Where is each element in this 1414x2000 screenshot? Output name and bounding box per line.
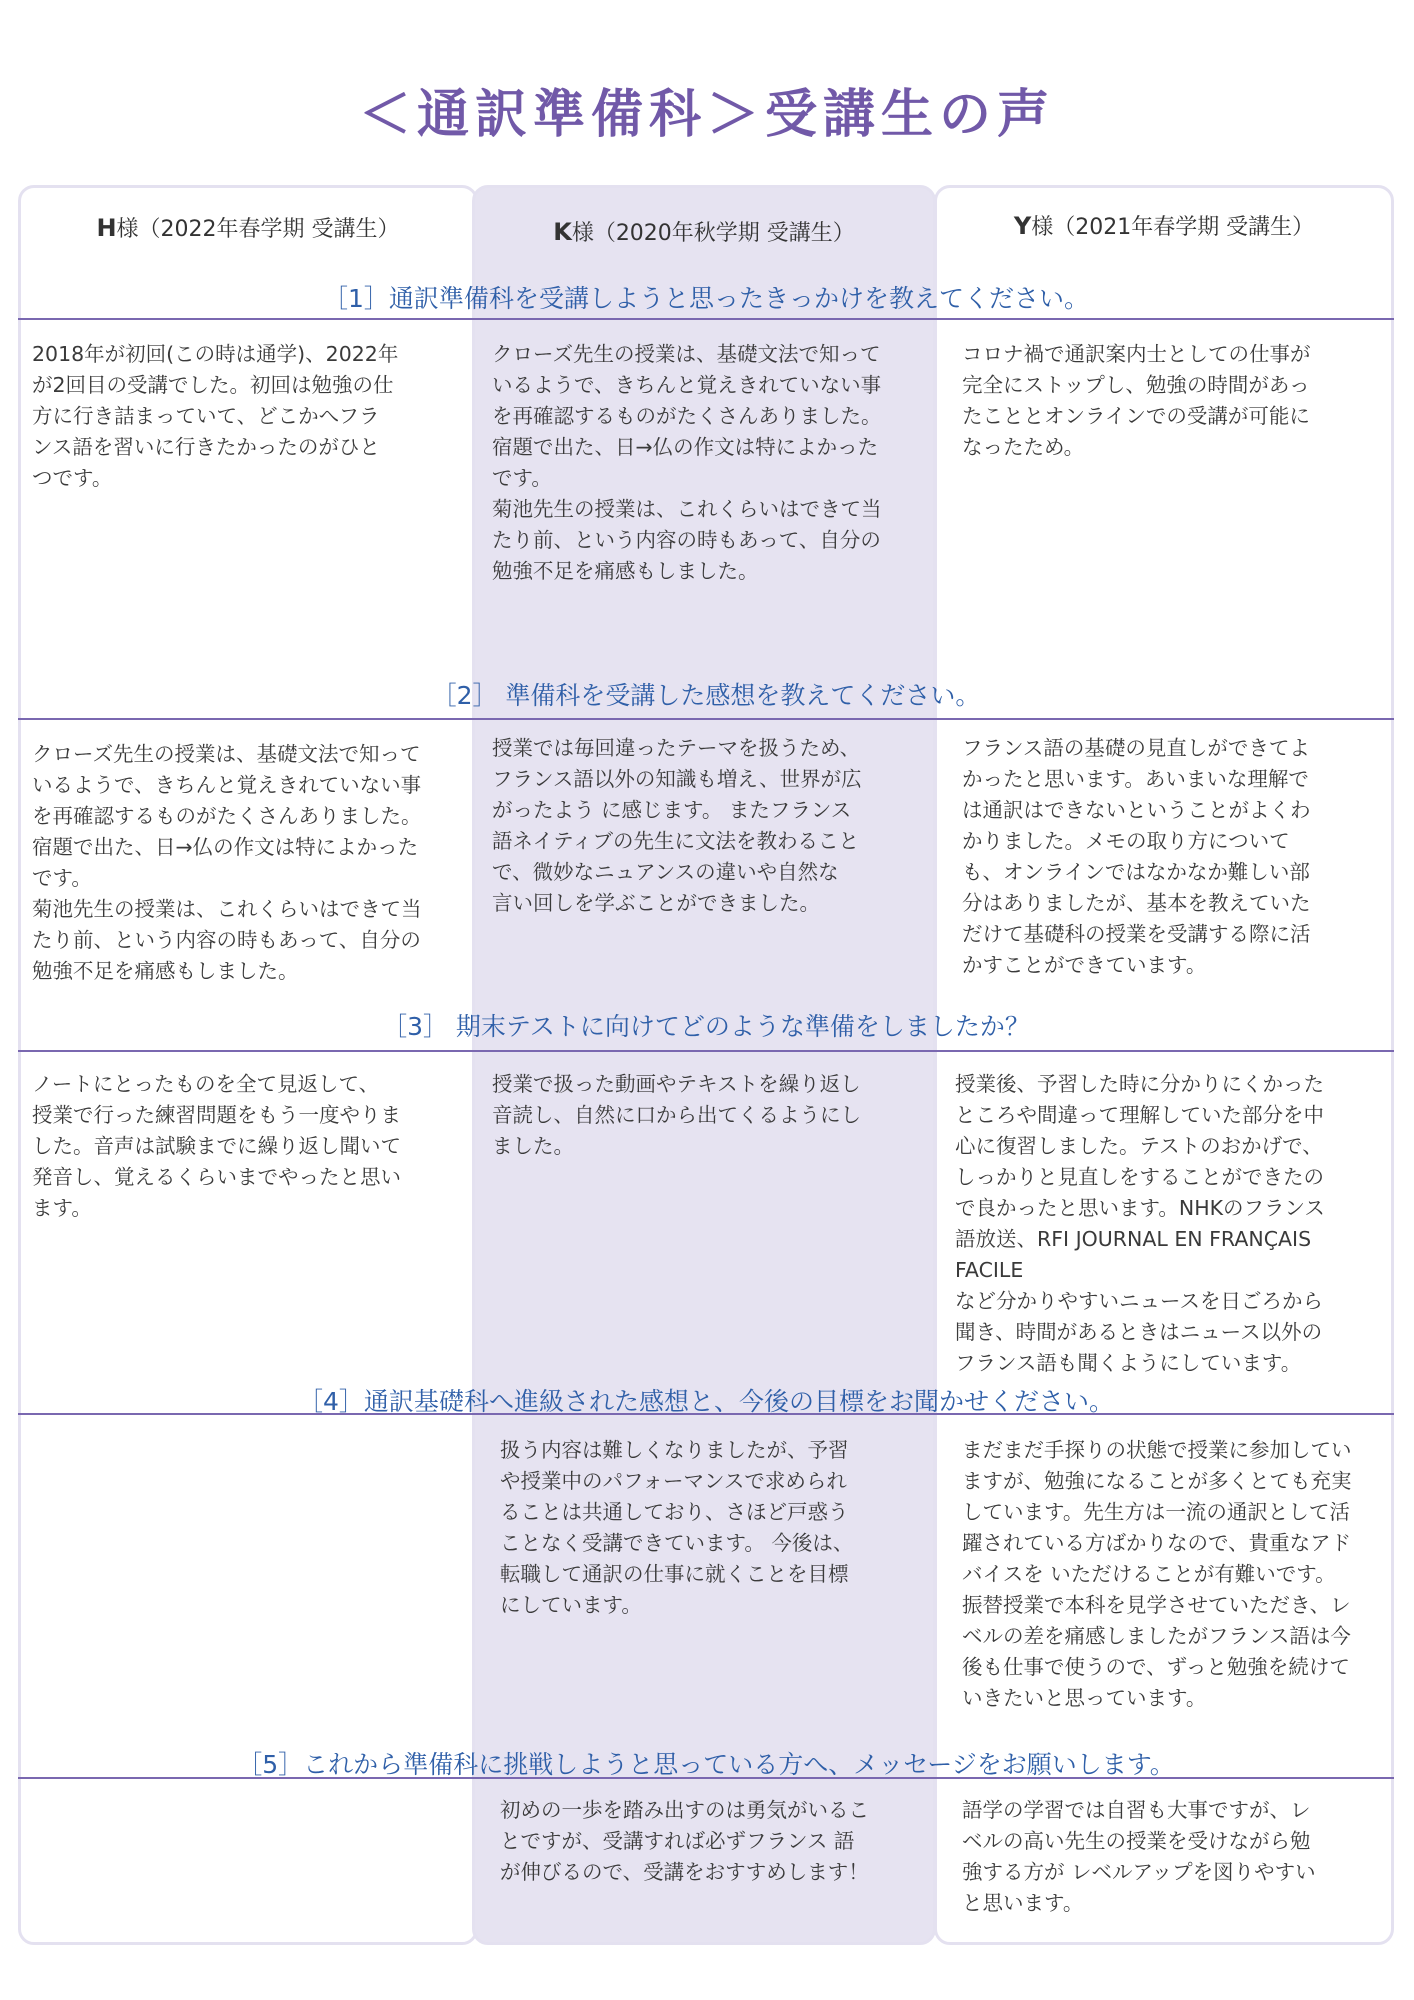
answer-y-q5: 語学の学習では自習も大事ですが、レ ベルの高い先生の授業を受けながら勉 強する方… — [962, 1795, 1387, 1919]
answer-y-q2: フランス語の基礎の見直しができてよ かったと思います。あいまいな理解で は通訳は… — [962, 733, 1382, 981]
answer-h-q1: 2018年が初回(この時は通学)、2022年 が2回目の受講でした。初回は勉強の… — [32, 339, 472, 494]
student-header-y: Y様（2021年春学期 受講生） — [934, 210, 1394, 241]
answer-k-q1: クローズ先生の授業は、基礎文法で知って いるようで、きちんと覚えきれていない事 … — [492, 339, 932, 587]
divider — [18, 1413, 1394, 1415]
question-1: ［1］通訳準備科を受講しようと思ったきっかけを教えてください。 — [18, 279, 1394, 315]
answer-k-q3: 授業で扱った動画やテキストを繰り返し 音読し、自然に口から出てくるようにし まし… — [492, 1069, 932, 1162]
student-initial: K — [553, 218, 572, 246]
student-header-h: H様（2022年春学期 受講生） — [18, 212, 478, 243]
question-2: ［2］ 準備科を受講した感想を教えてください。 — [18, 676, 1394, 712]
answer-k-q5: 初めの一歩を踏み出すのは勇気がいるこ とですが、受講すれば必ずフランス 語 が伸… — [500, 1795, 930, 1888]
student-initial: H — [96, 214, 116, 242]
page-title: ＜通訳準備科＞受講生の声 — [0, 72, 1414, 147]
answer-h-q3: ノートにとったものを全て見返して、 授業で行った練習問題をもう一度やりま した。… — [32, 1069, 472, 1224]
answer-k-q2: 授業では毎回違ったテーマを扱うため、 フランス語以外の知識も増え、世界が広 がっ… — [492, 733, 932, 919]
answer-k-q4: 扱う内容は難しくなりましたが、予習 や授業中のパフォーマンスで求められ ることは… — [500, 1435, 930, 1621]
answer-h-q2: クローズ先生の授業は、基礎文法で知って いるようで、きちんと覚えきれていない事 … — [32, 739, 472, 987]
student-header-k: K様（2020年秋学期 受講生） — [472, 216, 936, 247]
question-5: ［5］これから準備科に挑戦しようと思っている方へ、メッセージをお願いします。 — [18, 1745, 1394, 1781]
student-label: 様（2022年春学期 受講生） — [117, 217, 400, 242]
divider — [18, 718, 1394, 720]
divider — [18, 318, 1394, 320]
student-label: 様（2020年秋学期 受講生） — [572, 221, 855, 246]
student-initial: Y — [1014, 212, 1031, 240]
answer-y-q1: コロナ禍で通訳案内士としての仕事が 完全にストップし、勉強の時間があっ たことと… — [962, 339, 1382, 463]
answer-y-q3: 授業後、予習した時に分かりにくかった ところや間違って理解していた部分を中 心に… — [955, 1069, 1385, 1379]
answer-y-q4: まだまだ手探りの状態で授業に参加してい ますが、勉強になることが多くとても充実 … — [962, 1435, 1387, 1714]
student-label: 様（2021年春学期 受講生） — [1031, 215, 1314, 240]
divider — [18, 1777, 1394, 1779]
divider — [18, 1050, 1394, 1052]
question-3: ［3］ 期末テストに向けてどのような準備をしましたか？ — [18, 1007, 1394, 1043]
